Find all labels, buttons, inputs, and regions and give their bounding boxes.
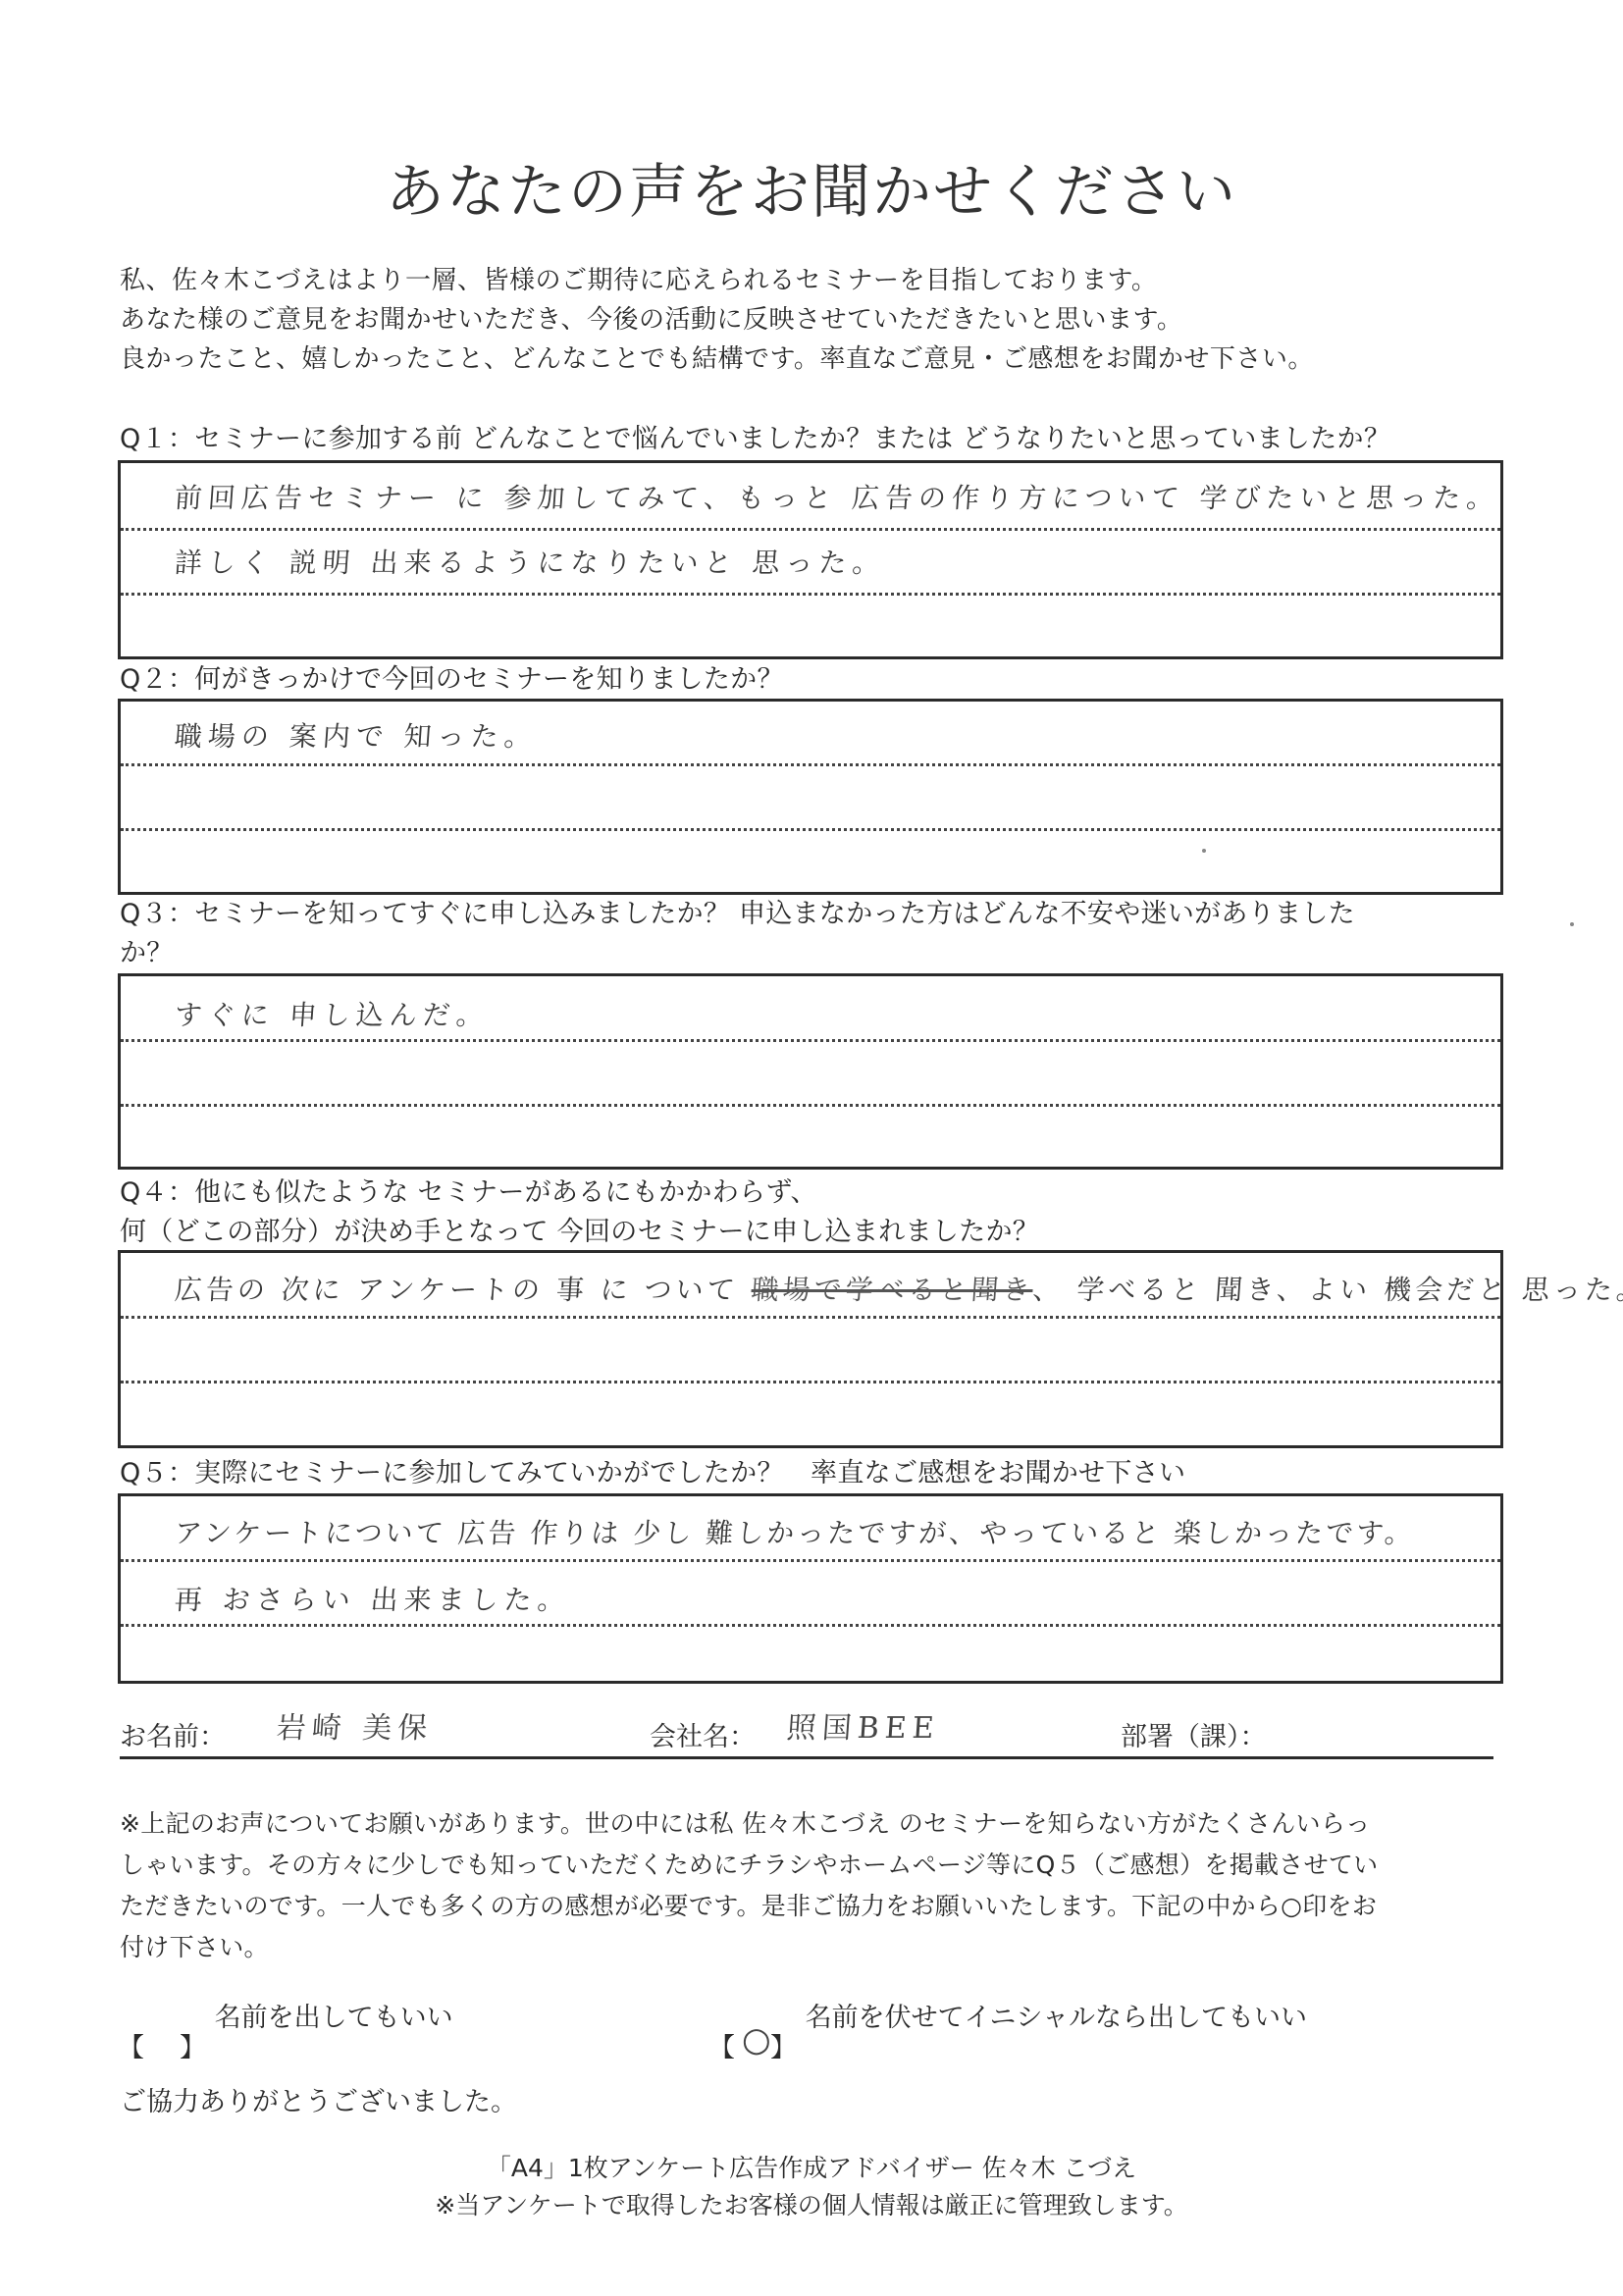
footer-privacy-note: ※当アンケートで取得したお客様の個人情報は厳正に管理致します。 xyxy=(0,2186,1623,2221)
name-label: お名前： xyxy=(120,1715,226,1753)
intro-line: 私、佐々木こづえはより一層、皆様のご期待に応えられるセミナーを目指しております。 xyxy=(120,261,1533,300)
intro-paragraph: 私、佐々木こづえはより一層、皆様のご期待に応えられるセミナーを目指しております。… xyxy=(120,261,1533,379)
request-line: ※上記のお声についてお願いがあります。世の中には私 佐々木こづえ のセミナーを知… xyxy=(120,1803,1513,1845)
answer-text: 広告の 次に アンケートの 事 に ついて xyxy=(174,1274,753,1306)
question-5-label: Q５：実際にセミナーに参加してみていかがでしたか？ 率直なご感想をお聞かせ下さい xyxy=(120,1454,1185,1493)
answer-rule xyxy=(121,763,1500,766)
answer-line-text: アンケートについて 広告 作りは 少し 難しかったですが、やっていると 楽しかっ… xyxy=(174,1512,1417,1551)
question-4-label-line-1: Q４：他にも似たような セミナーがあるにもかかわらず、 xyxy=(120,1174,817,1213)
footer-author: 「A4」1枚アンケート広告作成アドバイザー 佐々木 こづえ xyxy=(0,2149,1623,2184)
company-label: 会社名： xyxy=(650,1715,756,1753)
signature-row: お名前： 岩崎 美保 会社名： 照国BEE 部署（課）： xyxy=(120,1707,1493,1759)
answer-line-text: 広告の 次に アンケートの 事 に ついて 職場で学べると聞き、 学べると 聞き… xyxy=(174,1269,1623,1308)
consent-option-label: 名前を伏せてイニシャルなら出してもいい xyxy=(806,2003,1307,2033)
request-line: 付け下さい。 xyxy=(120,1927,1513,1968)
question-4-label-line-2: 何（どこの部分）が決め手となって 今回のセミナーに申し込まれましたか？ xyxy=(120,1213,1039,1252)
request-line: しゃいます。その方々に少しでも知っていただくためにチラシやホームページ等にQ５（… xyxy=(120,1845,1513,1886)
question-5-answer-box[interactable]: アンケートについて 広告 作りは 少し 難しかったですが、やっていると 楽しかっ… xyxy=(118,1493,1503,1684)
answer-rule xyxy=(121,1104,1500,1107)
consent-option-show-name[interactable]: 【 】 名前を出してもいい xyxy=(118,1996,453,2034)
answer-rule xyxy=(121,1039,1500,1042)
thanks-message: ご協力ありがとうございました。 xyxy=(120,2080,517,2118)
request-line: ただきたいのです。一人でも多くの方の感想が必要です。是非ご協力をお願いいたします… xyxy=(120,1886,1513,1927)
department-label: 部署（課）： xyxy=(1121,1715,1267,1753)
question-4-answer-box[interactable]: 広告の 次に アンケートの 事 に ついて 職場で学べると聞き、 学べると 聞き… xyxy=(118,1250,1503,1448)
intro-line: あなた様のご意見をお聞かせいただき、今後の活動に反映させていただきたいと思います… xyxy=(120,300,1533,339)
name-field[interactable]: 岩崎 美保 xyxy=(275,1703,435,1747)
question-1-label: Q１：セミナーに参加する前 どんなことで悩んでいましたか？または どうなりたいと… xyxy=(120,420,1390,459)
page-title: あなたの声をお聞かせください xyxy=(0,145,1623,230)
consent-option-initials-only[interactable]: 【 ○ 】 名前を伏せてイニシャルなら出してもいい xyxy=(708,1996,1307,2034)
question-3-label-line-2: か？ xyxy=(120,934,174,973)
scan-speck xyxy=(1202,849,1206,853)
question-3-answer-box[interactable]: すぐに 申し込んだ。 xyxy=(118,973,1503,1170)
answer-text: 、 学べると 聞き、よい 機会だと 思った。 xyxy=(1031,1274,1623,1306)
question-1-answer-box[interactable]: 前回広告セミナー に 参加してみて、もっと 広告の作り方について 学びたいと思っ… xyxy=(118,460,1503,659)
question-3-label-line-1: Q３：セミナーを知ってすぐに申し込みましたか？ 申込まなかった方はどんな不安や迷… xyxy=(120,895,1355,934)
struck-out-text: 職場で学べると聞き xyxy=(750,1274,1033,1306)
answer-line-text: 詳しく 説明 出来るようになりたいと 思った。 xyxy=(174,542,888,581)
answer-rule xyxy=(121,593,1500,596)
answer-rule xyxy=(121,1381,1500,1383)
answer-rule xyxy=(121,1559,1500,1562)
question-2-answer-box[interactable]: 職場の 案内で 知った。 xyxy=(118,699,1503,895)
answer-rule xyxy=(121,1316,1500,1319)
answer-rule xyxy=(121,1624,1500,1627)
company-field[interactable]: 照国BEE xyxy=(785,1703,941,1747)
consent-option-label: 名前を出してもいい xyxy=(215,2003,453,2033)
answer-line-text: すぐに 申し込んだ。 xyxy=(174,994,492,1033)
answer-line-text: 職場の 案内で 知った。 xyxy=(174,715,540,755)
answer-line-text: 再 おさらい 出来ました。 xyxy=(174,1579,573,1618)
intro-line: 良かったこと、嬉しかったこと、どんなことでも結構です。率直なご意見・ご感想をお聞… xyxy=(120,339,1533,379)
question-2-label: Q２：何がきっかけで今回のセミナーを知りましたか？ xyxy=(120,660,784,700)
publication-request: ※上記のお声についてお願いがあります。世の中には私 佐々木こづえ のセミナーを知… xyxy=(120,1803,1513,1968)
circle-mark: ○ xyxy=(742,2020,771,2060)
answer-rule xyxy=(121,828,1500,831)
scan-speck xyxy=(1570,922,1574,926)
answer-rule xyxy=(121,528,1500,531)
answer-line-text: 前回広告セミナー に 参加してみて、もっと 広告の作り方について 学びたいと思っ… xyxy=(174,477,1501,516)
